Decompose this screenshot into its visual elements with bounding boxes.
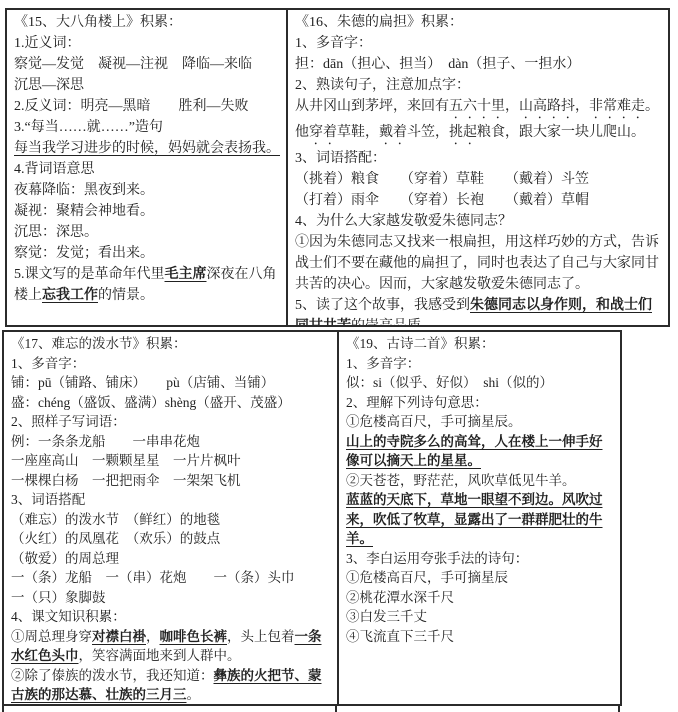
text-segment: 1、多音字： (11, 356, 85, 371)
text-segment: 斗笠， (407, 125, 449, 140)
text-segment: （敬爱）的周总理 (11, 551, 119, 566)
text-segment: 咖啡色长裤 (160, 629, 228, 644)
text-segment: ， (146, 629, 160, 644)
text-segment: 5、读了这个故事，我感受到 (295, 298, 470, 313)
text-segment: 2、理解下列诗句意思： (346, 395, 488, 410)
text-segment: ③白发三千丈 (346, 609, 427, 624)
cell-lesson-15: 《15、大八角楼上》积累： 1.近义词：察觉—发觉 凝视—注视 降临—来临沉思—… (7, 10, 288, 325)
text-segment: 1、多音字： (346, 356, 420, 371)
lesson-16-title: 《16、朱德的扁担》积累： (295, 12, 663, 33)
text-segment: 察觉：发觉；看出来。 (14, 246, 154, 261)
text-line: 铺：pū（铺路、铺床） pù（店铺、当铺） (11, 373, 332, 393)
text-line: 察觉：发觉；看出来。 (14, 243, 281, 264)
text-line: （打着）雨伞 （穿着）长袍 （戴着）草帽 (295, 190, 663, 211)
text-segment: 2、照样子写词语： (11, 414, 126, 429)
text-segment: 每当我学习进步的时候，妈妈就会表扬我。 (14, 141, 280, 156)
text-segment: ①危楼高百尺，手可摘星辰。 (346, 414, 522, 429)
text-segment: ②桃花潭水深千尺 (346, 590, 454, 605)
text-segment: 草鞋， (337, 125, 379, 140)
text-segment: 戴着 (379, 125, 407, 140)
cell-lesson-16: 《16、朱德的扁担》积累： 1、多音字：担：dān（担心、担当） dàn（担子、… (288, 10, 668, 325)
text-segment: 似：si（似乎、好似） shi（似的） (346, 375, 553, 390)
text-segment: 担：dān（担心、担当） dàn（担子、一担水） (295, 57, 580, 72)
text-line: 1、多音字： (11, 354, 332, 374)
text-segment: ①危楼高百尺，手可摘星辰 (346, 570, 508, 585)
table-border-tick (618, 706, 620, 712)
text-line: 盛：chéng（盛饭、盛满）shèng（盛开、茂盛） (11, 393, 332, 413)
lesson-17-body: 1、多音字：铺：pū（铺路、铺床） pù（店铺、当铺）盛：chéng（盛饭、盛满… (11, 354, 332, 705)
text-segment: 夜幕降临：黑夜到来。 (14, 183, 154, 198)
text-line: 2、照样子写词语： (11, 412, 332, 432)
text-line: 4、课文知识积累： (11, 607, 332, 627)
text-segment: 一（只）象脚鼓 (11, 590, 106, 605)
text-line: 例：一条条龙船 一串串花炮 (11, 432, 332, 452)
text-segment: 盛：chéng（盛饭、盛满）shèng（盛开、茂盛） (11, 395, 291, 410)
text-line: 夜幕降临：黑夜到来。 (14, 180, 281, 201)
cell-lesson-19: 《19、古诗二首》积累： 1、多音字：似：si（似乎、好似） shi（似的）2、… (339, 332, 620, 704)
text-segment: 毛主席 (165, 267, 207, 282)
text-segment: 五六十里 (449, 99, 505, 114)
text-segment: 4、为什么大家越发敬爱朱德同志？ (295, 214, 512, 229)
text-line: 山上的寺院多么的高耸，人在楼上一伸手好像可以摘天上的星星。 (346, 432, 615, 471)
lesson-15-title: 《15、大八角楼上》积累： (14, 12, 281, 33)
text-line: （难忘）的泼水节 （鲜红）的地毯 (11, 510, 332, 530)
text-segment: ④飞流直下三千尺 (346, 629, 454, 644)
text-line: ①危楼高百尺，手可摘星辰。 (346, 412, 615, 432)
text-segment: 粮食，跟大家一块儿爬山。 (477, 125, 645, 140)
text-segment: 一座座高山 一颗颗星星 一片片枫叶 (11, 453, 241, 468)
text-line: 似：si（似乎、好似） shi（似的） (346, 373, 615, 393)
table-border-tick (335, 706, 337, 712)
text-segment: 5.课文写的是革命年代里 (14, 267, 165, 282)
text-line: 一座座高山 一颗颗星星 一片片枫叶 (11, 451, 332, 471)
text-line: 2、熟读句子，注意加点字： (295, 75, 663, 96)
text-segment: 对襟白褂 (92, 629, 146, 644)
text-line: 1、多音字： (295, 33, 663, 54)
text-segment: （火红）的凤凰花 （欢乐）的鼓点 (11, 531, 220, 546)
text-segment: 4、课文知识积累： (11, 609, 126, 624)
text-segment: 铺：pū（铺路、铺床） pù（店铺、当铺） (11, 375, 274, 390)
text-line: ①危楼高百尺，手可摘星辰 (346, 568, 615, 588)
text-segment: （挑着）粮食 （穿着）草鞋 （戴着）斗笠 (295, 172, 589, 187)
text-segment: （难忘）的泼水节 （鲜红）的地毯 (11, 512, 220, 527)
text-line: 5、读了这个故事，我感受到朱德同志以身作则，和战士们同甘共苦的崇高品质。 (295, 295, 663, 325)
lesson-19-body: 1、多音字：似：si（似乎、好似） shi（似的）2、理解下列诗句意思：①危楼高… (346, 354, 615, 647)
text-line: 沉思：深思。 (14, 222, 281, 243)
text-line: ②桃花潭水深千尺 (346, 588, 615, 608)
text-line: ①周总理身穿对襟白褂，咖啡色长裤，头上包着一条水红色头巾，笑容满面地来到人群中。 (11, 627, 332, 666)
text-line: 一（条）龙船 一（串）花炮 一（条）头巾 (11, 568, 332, 588)
text-segment: 穿着 (309, 125, 337, 140)
text-line: 3、李白运用夸张手法的诗句： (346, 549, 615, 569)
text-segment: 1.近义词： (14, 36, 81, 51)
text-line: 2.反义词：明亮—黑暗 胜利—失败 (14, 96, 281, 117)
text-segment: 一棵棵白杨 一把把雨伞 一架架飞机 (11, 473, 241, 488)
notes-table-top-row: 《15、大八角楼上》积累： 1.近义词：察觉—发觉 凝视—注视 降临—来临沉思—… (5, 8, 670, 327)
worksheet-page: 《15、大八角楼上》积累： 1.近义词：察觉—发觉 凝视—注视 降临—来临沉思—… (0, 0, 678, 712)
text-line: 4、为什么大家越发敬爱朱德同志？ (295, 211, 663, 232)
text-segment: 。 (645, 99, 659, 114)
text-segment: 3.“每当……就……”造句 (14, 120, 163, 135)
text-line: （挑着）粮食 （穿着）草鞋 （戴着）斗笠 (295, 169, 663, 190)
text-segment: 从井冈山到茅坪，来回有 (295, 99, 449, 114)
lesson-15-body: 1.近义词：察觉—发觉 凝视—注视 降临—来临沉思—深思2.反义词：明亮—黑暗 … (14, 33, 281, 306)
text-segment: 3、词语搭配 (11, 492, 85, 507)
text-line: ①因为朱德同志又找来一根扁担，用这样巧妙的方式，告诉战士们不要在藏他的扁担了，同… (295, 232, 663, 295)
lesson-16-body: 1、多音字：担：dān（担心、担当） dàn（担子、一担水）2、熟读句子，注意加… (295, 33, 663, 325)
text-line: 凝视：聚精会神地看。 (14, 201, 281, 222)
text-segment: 2.反义词：明亮—黑暗 胜利—失败 (14, 99, 249, 114)
text-line: （敬爱）的周总理 (11, 549, 332, 569)
text-line: 一棵棵白杨 一把把雨伞 一架架飞机 (11, 471, 332, 491)
text-segment: 察觉—发觉 凝视—注视 降临—来临 (14, 57, 252, 72)
table-border-tick (2, 706, 4, 712)
text-line: ③白发三千丈 (346, 607, 615, 627)
text-segment: ②天苍苍，野茫茫，风吹草低见牛羊。 (346, 473, 576, 488)
text-segment: ①因为朱德同志又找来一根扁担，用这样巧妙的方式，告诉战士们不要在藏他的扁担了，同… (295, 235, 659, 292)
text-line: 3、词语搭配 (11, 490, 332, 510)
text-segment: 非常难走 (589, 99, 645, 114)
text-line: 2、理解下列诗句意思： (346, 393, 615, 413)
text-line: ④飞流直下三千尺 (346, 627, 615, 647)
text-segment: ， (575, 99, 589, 114)
lesson-19-title: 《19、古诗二首》积累： (346, 334, 615, 354)
text-line: 每当我学习进步的时候，妈妈就会表扬我。 (14, 138, 281, 159)
text-line: 1.近义词： (14, 33, 281, 54)
text-segment: 一（条）龙船 一（串）花炮 一（条）头巾 (11, 570, 295, 585)
text-segment: 蓝蓝的天底下，草地一眼望不到边。风吹过来，吹低了牧草，显露出了一群群肥壮的牛羊。 (346, 492, 603, 546)
text-line: 从井冈山到茅坪，来回有五六十里，山高路抖，非常难走。 (295, 96, 663, 122)
text-segment: 沉思：深思。 (14, 225, 98, 240)
text-line: 察觉—发觉 凝视—注视 降临—来临 (14, 54, 281, 75)
text-segment: 忘我工作 (42, 288, 98, 303)
text-line: 3.“每当……就……”造句 (14, 117, 281, 138)
text-segment: 的情景。 (98, 288, 154, 303)
text-segment: ②除了傣族的泼水节，我还知道： (11, 668, 214, 683)
lesson-17-title: 《17、难忘的泼水节》积累： (11, 334, 332, 354)
text-line: ②除了傣族的泼水节，我还知道：彝族的火把节、蒙古族的那达慕、壮族的三月三。 (11, 666, 332, 705)
text-segment: ， (505, 99, 519, 114)
text-segment: 他 (295, 125, 309, 140)
text-segment: 挑起 (449, 125, 477, 140)
text-segment: 的崇高品质。 (351, 319, 435, 325)
text-segment: 3、词语搭配： (295, 151, 386, 166)
text-line: 3、词语搭配： (295, 148, 663, 169)
text-line: 担：dān（担心、担当） dàn（担子、一担水） (295, 54, 663, 75)
text-line: 一（只）象脚鼓 (11, 588, 332, 608)
text-segment: 沉思—深思 (14, 78, 84, 93)
text-line: （火红）的凤凰花 （欢乐）的鼓点 (11, 529, 332, 549)
text-segment: 2、熟读句子，注意加点字： (295, 78, 470, 93)
text-line: 5.课文写的是革命年代里毛主席深夜在八角楼上忘我工作的情景。 (14, 264, 281, 306)
text-segment: 山高路抖 (519, 99, 575, 114)
text-segment: 凝视：聚精会神地看。 (14, 204, 154, 219)
text-line: ②天苍苍，野茫茫，风吹草低见牛羊。 (346, 471, 615, 491)
text-segment: ①周总理身穿 (11, 629, 92, 644)
cell-lesson-17: 《17、难忘的泼水节》积累： 1、多音字：铺：pū（铺路、铺床） pù（店铺、当… (4, 332, 339, 704)
text-segment: （打着）雨伞 （穿着）长袍 （戴着）草帽 (295, 193, 589, 208)
text-segment: 例：一条条龙船 一串串花炮 (11, 434, 200, 449)
text-segment: 4.背词语意思 (14, 162, 95, 177)
text-line: 沉思—深思 (14, 75, 281, 96)
text-segment: 。 (187, 687, 201, 702)
text-segment: ，笑容满面地来到人群中。 (79, 648, 241, 663)
notes-table-bottom-row: 《17、难忘的泼水节》积累： 1、多音字：铺：pū（铺路、铺床） pù（店铺、当… (2, 330, 622, 706)
text-line: 4.背词语意思 (14, 159, 281, 180)
text-segment: 1、多音字： (295, 36, 372, 51)
text-segment: 山上的寺院多么的高耸，人在楼上一伸手好像可以摘天上的星星。 (346, 434, 603, 469)
text-line: 蓝蓝的天底下，草地一眼望不到边。风吹过来，吹低了牧草，显露出了一群群肥壮的牛羊。 (346, 490, 615, 549)
text-segment: 3、李白运用夸张手法的诗句： (346, 551, 528, 566)
text-line: 他穿着草鞋，戴着斗笠，挑起粮食，跟大家一块儿爬山。 (295, 122, 663, 148)
text-segment: ，头上包着 (227, 629, 295, 644)
text-line: 1、多音字： (346, 354, 615, 374)
